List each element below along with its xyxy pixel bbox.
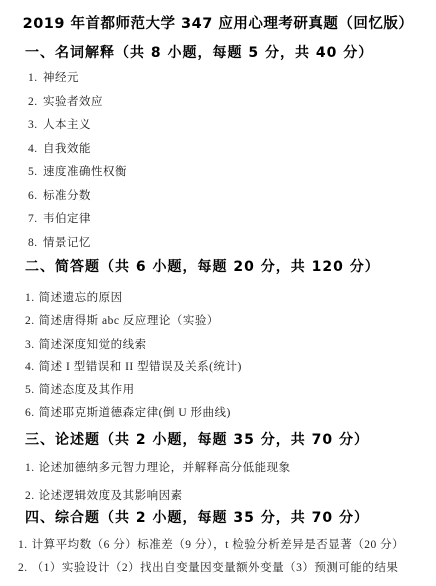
item-number: 1. [18,539,28,551]
section-1-heading: 一、名词解释（共 8 小题，每题 5 分，共 40 分） [25,42,373,62]
item-number: 1. [25,462,35,474]
item-number: 2. [25,315,35,327]
item-text: 速度准确性权衡 [43,166,127,178]
section-1-item-3: 3.人本主义 [28,116,91,132]
item-number: 6. [28,190,43,202]
section-3-heading: 三、论述题（共 2 小题，每题 35 分，共 70 分） [25,429,369,449]
item-number: 2. [18,562,28,574]
item-text: （1）实验设计（2）找出自变量因变量额外变量（3）预测可能的结果 [32,562,399,574]
section-2-item-1: 1.简述遗忘的原因 [25,289,123,305]
section-2-item-2: 2.简述唐得斯 abc 反应理论（实验） [25,312,219,328]
item-number: 3. [28,119,43,131]
section-1-item-5: 5.速度准确性权衡 [28,163,127,179]
item-text: 简述深度知觉的线索 [39,339,147,351]
item-number: 7. [28,213,43,225]
item-text: 简述遗忘的原因 [39,292,123,304]
exam-title: 2019 年首都师范大学 347 应用心理考研真题（回忆版） [0,12,436,33]
item-number: 2. [25,490,35,502]
item-text: 计算平均数（6 分）标准差（9 分），t 检验分析差异是否显著（20 分） [32,539,404,551]
section-3-item-1: 1.论述加德纳多元智力理论，并解释高分低能现象 [25,459,291,475]
item-number: 2. [28,96,43,108]
section-2-item-3: 3.简述深度知觉的线索 [25,336,147,352]
section-2-heading: 二、简答题（共 6 小题，每题 20 分，共 120 分） [25,256,380,276]
item-text: 标准分数 [43,190,91,202]
item-number: 4. [25,361,35,373]
item-text: 自我效能 [43,143,91,155]
section-4-item-1: 1.计算平均数（6 分）标准差（9 分），t 检验分析差异是否显著（20 分） [18,536,404,552]
section-4-heading: 四、综合题（共 2 小题，每题 35 分，共 70 分） [25,507,369,527]
section-4-item-2: 2.（1）实验设计（2）找出自变量因变量额外变量（3）预测可能的结果 [18,559,398,575]
item-number: 8. [28,237,43,249]
item-number: 5. [25,384,35,396]
item-text: 简述耶克斯道德森定律(倒 U 形曲线) [39,407,231,419]
section-1-item-6: 6.标准分数 [28,187,91,203]
item-text: 人本主义 [43,119,91,131]
item-number: 3. [25,339,35,351]
exam-document-page: 2019 年首都师范大学 347 应用心理考研真题（回忆版） 一、名词解释（共 … [0,0,436,586]
item-text: 情景记忆 [43,237,91,249]
item-number: 1. [25,292,35,304]
item-text: 韦伯定律 [43,213,91,225]
item-number: 6. [25,407,35,419]
item-text: 神经元 [43,72,79,84]
section-2-item-6: 6.简述耶克斯道德森定律(倒 U 形曲线) [25,404,231,420]
section-2-item-5: 5.简述态度及其作用 [25,381,135,397]
item-text: 简述态度及其作用 [39,384,135,396]
section-1-item-7: 7.韦伯定律 [28,210,91,226]
item-number: 1. [28,72,43,84]
section-3-item-2: 2.论述逻辑效度及其影响因素 [25,487,183,503]
section-1-item-4: 4.自我效能 [28,140,91,156]
item-number: 4. [28,143,43,155]
item-text: 简述 I 型错误和 II 型错误及关系(统计) [39,361,242,373]
section-1-item-2: 2.实验者效应 [28,93,103,109]
section-1-item-1: 1.神经元 [28,69,79,85]
item-text: 论述逻辑效度及其影响因素 [39,490,183,502]
item-text: 论述加德纳多元智力理论，并解释高分低能现象 [39,462,291,474]
section-1-item-8: 8.情景记忆 [28,234,91,250]
item-text: 简述唐得斯 abc 反应理论（实验） [39,315,219,327]
section-2-item-4: 4.简述 I 型错误和 II 型错误及关系(统计) [25,358,242,374]
item-number: 5. [28,166,43,178]
item-text: 实验者效应 [43,96,103,108]
